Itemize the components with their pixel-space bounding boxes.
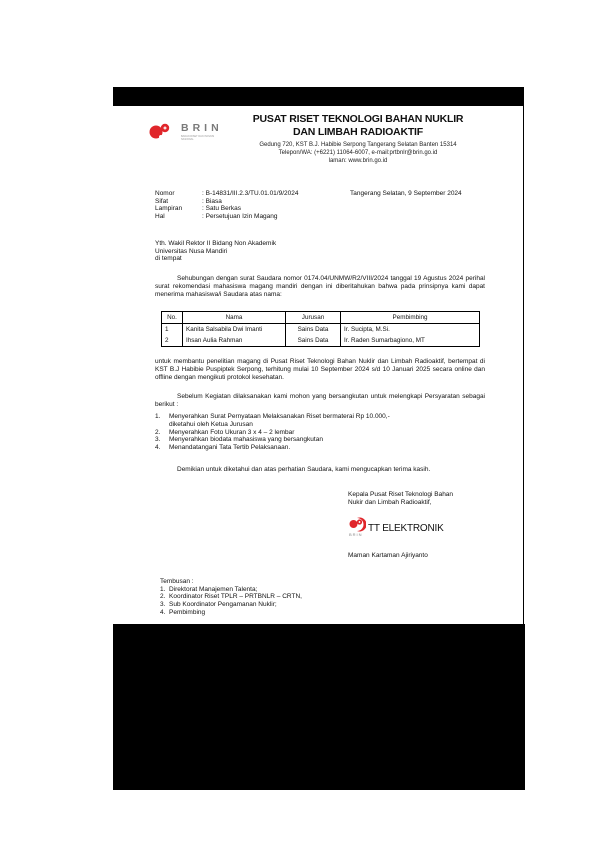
address-line3: laman: www.brin.go.id xyxy=(228,157,488,165)
cell-no: 1 xyxy=(162,324,183,336)
position-line1: Kepala Pusat Riset Teknologi Bahan xyxy=(348,491,488,499)
list-text-line1: Menyerahkan Surat Pernyataan Melaksanaka… xyxy=(169,413,390,420)
place-date: Tangerang Selatan, 9 September 2024 xyxy=(350,190,462,197)
letterhead: PUSAT RISET TEKNOLOGI BAHAN NUKLIR DAN L… xyxy=(228,113,488,165)
intern-table: No. Nama Jurusan Pembimbing 1 Kanita Sal… xyxy=(161,311,480,347)
signatory-name: Maman Kartaman Ajiriyanto xyxy=(348,552,428,559)
list-number: 4. xyxy=(155,444,169,452)
body-paragraph-2: untuk membantu penelitian magang di Pusa… xyxy=(155,358,485,383)
carbon-copy-block: Tembusan : 1.Direktorat Manajemen Talent… xyxy=(160,578,302,617)
col-header-pembimbing: Pembimbing xyxy=(341,312,480,324)
brin-logo: BRIN BADAN RISET DAN INOVASI NASIONAL xyxy=(147,118,217,148)
meta-label: Sifat xyxy=(155,198,202,206)
list-text: Menyerahkan Surat Pernyataan Melaksanaka… xyxy=(169,413,390,429)
meta-value: : Satu Berkas xyxy=(202,205,241,213)
cc-title: Tembusan : xyxy=(160,578,302,586)
list-number: 2. xyxy=(155,429,169,437)
list-text: Direktorat Manajemen Talenta; xyxy=(169,586,257,594)
meta-row-sifat: Sifat : Biasa xyxy=(155,198,298,206)
cell-nama: Ihsan Aulia Rahman xyxy=(183,335,286,347)
cell-jurusan: Sains Data xyxy=(286,324,341,336)
redaction-block-bottom xyxy=(113,624,525,790)
cell-nama: Kanita Salsabila Dwi Imanti xyxy=(183,324,286,336)
list-text: Menandatangani Tata Tertib Pelaksanaan. xyxy=(169,444,290,452)
list-item: 1. Menyerahkan Surat Pernyataan Melaksan… xyxy=(155,413,390,429)
cc-list: 1.Direktorat Manajemen Talenta; 2.Koordi… xyxy=(160,586,302,617)
col-header-no: No. xyxy=(162,312,183,324)
brin-stamp-icon: BRIN xyxy=(348,517,366,539)
col-header-jurusan: Jurusan xyxy=(286,312,341,324)
position-line2: Nukir dan Limbah Radioaktif, xyxy=(348,499,488,507)
institution-title-line1: PUSAT RISET TEKNOLOGI BAHAN NUKLIR xyxy=(228,113,488,126)
brin-logo-icon xyxy=(147,118,175,146)
meta-value: : Biasa xyxy=(202,198,222,206)
list-text: Sub Koordinator Pengamanan Nuklir; xyxy=(169,601,277,609)
redaction-bar-top xyxy=(113,87,524,106)
institution-title-line2: DAN LIMBAH RADIOAKTIF xyxy=(228,126,488,139)
list-number: 3. xyxy=(155,436,169,444)
list-item: 1.Direktorat Manajemen Talenta; xyxy=(160,586,302,594)
list-number: 3. xyxy=(160,601,169,609)
address-line2: Telepon/WA: (+6221) 11064-6007, e-mail:p… xyxy=(228,149,488,157)
list-item: 2.Koordinator Riset TPLR – PRTBNLR – CRT… xyxy=(160,593,302,601)
table-header-row: No. Nama Jurusan Pembimbing xyxy=(162,312,480,324)
recipient-line3: di tempat xyxy=(155,255,276,263)
recipient-line1: Yth. Wakil Rektor II Bidang Non Akademik xyxy=(155,240,276,248)
cell-pembimbing: Ir. Sucipta, M.Si. xyxy=(341,324,480,336)
closing-sentence: Demikian untuk diketahui dan atas perhat… xyxy=(177,466,430,473)
address-line1: Gedung 720, KST B.J. Habibie Serpong Tan… xyxy=(228,141,488,149)
list-item: 4. Menandatangani Tata Tertib Pelaksanaa… xyxy=(155,444,390,452)
list-number: 2. xyxy=(160,593,169,601)
list-item: 2. Menyerahkan Foto Ukuran 3 x 4 – 2 lem… xyxy=(155,429,390,437)
recipient-line2: Universitas Nusa Mandiri xyxy=(155,248,276,256)
list-number: 1. xyxy=(160,586,169,594)
list-text-line2: diketahui oleh Ketua Jurusan xyxy=(169,421,253,428)
svg-text:BRIN: BRIN xyxy=(349,532,363,537)
meta-value: : B-14831/III.2.3/TU.01.01/9/2024 xyxy=(202,190,298,198)
letter-meta: Nomor : B-14831/III.2.3/TU.01.01/9/2024 … xyxy=(155,190,298,220)
logo-subtitle: BADAN RISET DAN INOVASI NASIONAL xyxy=(181,135,221,141)
list-text: Koordinator Riset TPLR – PRTBNLR – CRTN, xyxy=(169,593,302,601)
list-item: 3. Menyerahkan biodata mahasiswa yang be… xyxy=(155,436,390,444)
cell-no: 2 xyxy=(162,335,183,347)
list-number: 1. xyxy=(155,413,169,429)
requirements-list: 1. Menyerahkan Surat Pernyataan Melaksan… xyxy=(155,413,390,452)
col-header-nama: Nama xyxy=(183,312,286,324)
logo-wordmark: BRIN xyxy=(181,122,223,134)
meta-label: Nomor xyxy=(155,190,202,198)
meta-label: Hal xyxy=(155,213,202,221)
meta-row-hal: Hal : Persetujuan Izin Magang xyxy=(155,213,298,221)
table-row: 1 Kanita Salsabila Dwi Imanti Sains Data… xyxy=(162,324,480,336)
body-paragraph-3: Sebelum Kegiatan dilaksanakan kami mohon… xyxy=(155,393,485,409)
electronic-signature-stamp: TT ELEKTRONIK xyxy=(368,523,444,534)
recipient-block: Yth. Wakil Rektor II Bidang Non Akademik… xyxy=(155,240,276,263)
cell-pembimbing: Ir. Raden Sumarbagiono, MT xyxy=(341,335,480,347)
cell-jurusan: Sains Data xyxy=(286,335,341,347)
table-row: 2 Ihsan Aulia Rahman Sains Data Ir. Rade… xyxy=(162,335,480,347)
list-number: 4. xyxy=(160,609,169,617)
list-text: Menyerahkan Foto Ukuran 3 x 4 – 2 lembar xyxy=(169,429,294,437)
list-text: Menyerahkan biodata mahasiswa yang bersa… xyxy=(169,436,323,444)
meta-label: Lampiran xyxy=(155,205,202,213)
body-paragraph-1: Sehubungan dengan surat Saudara nomor 01… xyxy=(155,275,485,300)
signature-position: Kepala Pusat Riset Teknologi Bahan Nukir… xyxy=(348,491,488,506)
meta-row-nomor: Nomor : B-14831/III.2.3/TU.01.01/9/2024 xyxy=(155,190,298,198)
list-item: 4.Pembimbing xyxy=(160,609,302,617)
meta-value: : Persetujuan Izin Magang xyxy=(202,213,278,221)
list-text: Pembimbing xyxy=(169,609,205,617)
list-item: 3.Sub Koordinator Pengamanan Nuklir; xyxy=(160,601,302,609)
meta-row-lampiran: Lampiran : Satu Berkas xyxy=(155,205,298,213)
